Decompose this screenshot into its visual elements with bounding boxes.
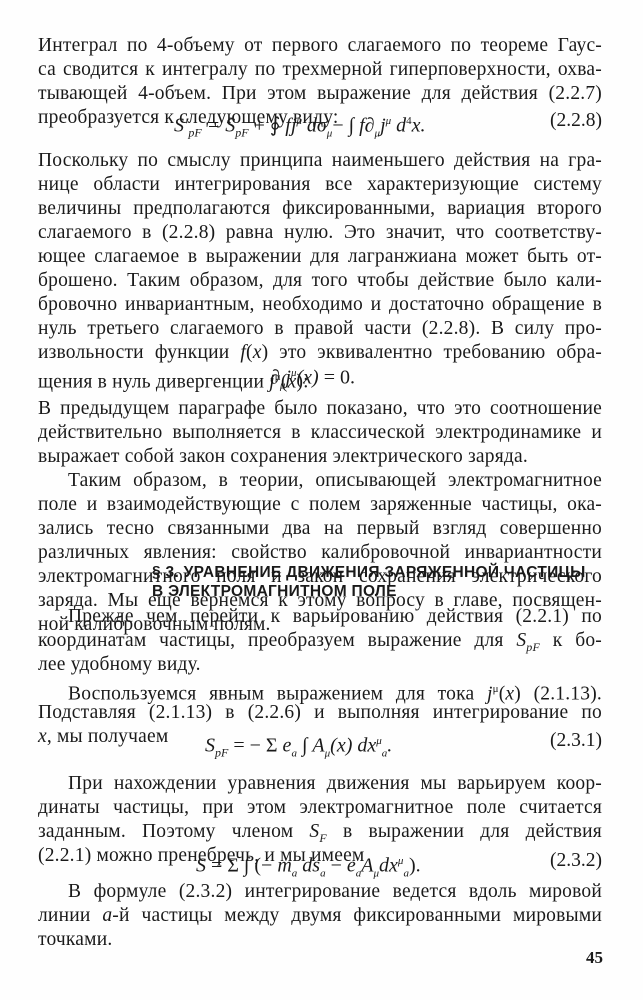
equation-2-2-8: S′pF = SpF + ∮ fjμ dσμ− ∫ f∂μjμ d4x.	[174, 108, 426, 147]
text-line: При нахождении уравнения движения мы вар…	[68, 772, 602, 796]
equation-number: (2.3.2)	[550, 848, 602, 874]
text-line: слагаемого в (2.2.8) равна нулю. Это зна…	[38, 221, 602, 245]
text-line: Поскольку по смыслу принципа наименьшего…	[38, 149, 602, 173]
text-line: В предыдущем параграфе было показано, чт…	[38, 397, 602, 421]
text-line: нице области интегрирования все характер…	[38, 173, 602, 197]
text-line: са сводится к интегралу по трехмерной ги…	[38, 58, 602, 82]
text-line: Таким образом, в теории, описывающей эле…	[68, 469, 602, 493]
text-line: тывающей 4-объем. При этом выражение для…	[38, 82, 602, 106]
equation-number: (2.2.8)	[550, 108, 602, 134]
text-line: лее удобному виду.	[38, 653, 602, 677]
text-line: бровочно инвариантным, необходимо и дост…	[38, 293, 602, 317]
equation-divergence: ∂μjμ(x) = 0.	[270, 360, 355, 399]
text-line: Интеграл по 4-объему от первого слагаемо…	[38, 34, 602, 58]
text-line: точками.	[38, 928, 602, 952]
text-line: поле и взаимодействующие с полем заряжен…	[38, 493, 602, 517]
section-heading: § 3. УРАВНЕНИЕ ДВИЖЕНИЯ ЗАРЯЖЕННОЙ ЧАСТИ…	[152, 563, 586, 582]
text-line: нуль третьего слагаемого в правой части …	[38, 317, 602, 341]
text-line: Подставляя (2.1.13) в (2.2.6) и выполняя…	[38, 701, 602, 725]
book-page: Интеграл по 4-объему от первого слагаемо…	[0, 0, 643, 1000]
text-line: действительно выполняется в классической…	[38, 421, 602, 445]
text-line: брошено. Таким образом, для того чтобы д…	[38, 269, 602, 293]
page-number: 45	[586, 948, 603, 968]
text-line: различных явления: свойство калибровочно…	[38, 541, 602, 565]
text-line: динаты частицы, при этом электромагнитно…	[38, 796, 602, 820]
text-line: линии a-й частицы между двумя фиксирован…	[38, 904, 602, 928]
text-line: величины предполагаются фиксированными, …	[38, 197, 602, 221]
text-line: Прежде чем перейти к варьированию действ…	[68, 605, 602, 629]
section-heading: В ЭЛЕКТРОМАГНИТНОМ ПОЛЕ	[152, 582, 397, 601]
equation-number: (2.3.1)	[550, 728, 602, 754]
text-line: зались тесно связанными два на первый вз…	[38, 517, 602, 541]
equation-2-3-1: SpF = − Σ ea ∫ Aμ(x) dxμa.	[205, 728, 392, 767]
text-line: выражает собой закон сохранения электрич…	[38, 445, 602, 469]
text-line: ющее слагаемое в выражении для лагранжиа…	[38, 245, 602, 269]
text-line: В формуле (2.3.2) интегрирование ведется…	[68, 880, 602, 904]
